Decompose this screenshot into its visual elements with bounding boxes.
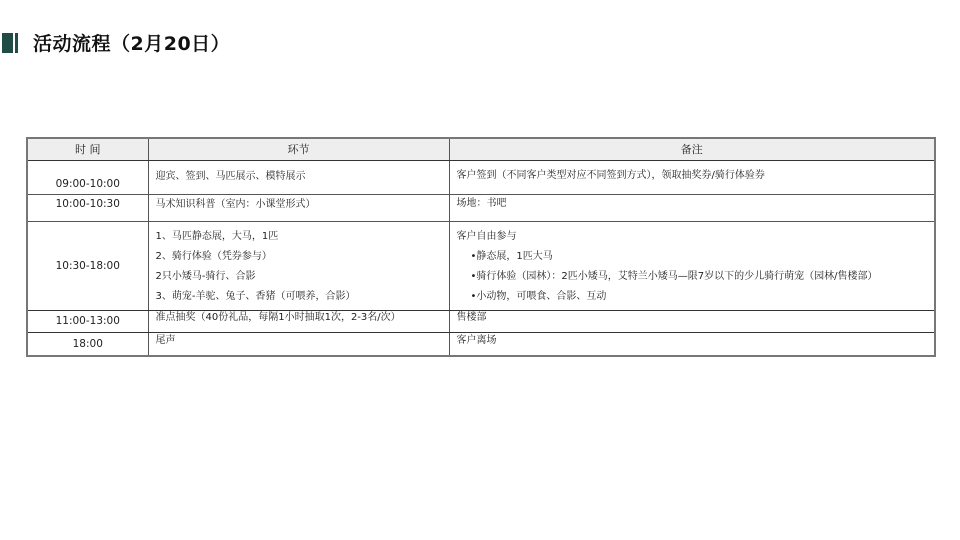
table-row: 10:30-18:00 1、马匹静态展，大马，1匹 2、骑行体验（凭券参与） 2… [27,221,935,310]
column-header-activity: 环节 [148,138,449,160]
time-cell: 11:00-13:00 [27,310,148,332]
activity-line: 准点抽奖（40份礼品，每隔1小时抽取1次，2-3名/次） [156,311,449,331]
activity-cell: 1、马匹静态展，大马，1匹 2、骑行体验（凭券参与） 2只小矮马-骑行、合影 3… [148,221,449,310]
activity-cell: 尾声 [148,332,449,356]
column-header-notes: 备注 [449,138,935,160]
activity-line: 1、马匹静态展，大马，1匹 [156,230,449,250]
table-row: 10:00-10:30 马术知识科普（室内：小课堂形式） 场地：书吧 [27,194,935,221]
time-cell: 10:30-18:00 [27,221,148,310]
note-line: 售楼部 [457,311,935,331]
note-cell: 客户自由参与 •静态展，1匹大马 •骑行体验（园林）：2匹小矮马，艾特兰小矮马—… [449,221,935,310]
note-cell: 客户签到（不同客户类型对应不同签到方式），领取抽奖券/骑行体验券 [449,160,935,194]
note-bullet: •静态展，1匹大马 [457,250,935,270]
activity-line: 迎宾、签到、马匹展示、模特展示 [156,170,449,190]
activity-line: 尾声 [156,334,449,354]
time-cell: 09:00-10:00 [27,160,148,194]
note-heading: 客户自由参与 [457,230,935,250]
activity-line: 3、萌宠-羊驼、兔子、香猪（可喂养，合影） [156,290,449,310]
activity-line: 2只小矮马-骑行、合影 [156,270,449,290]
note-cell: 客户离场 [449,332,935,356]
note-cell: 售楼部 [449,310,935,332]
activity-cell: 马术知识科普（室内：小课堂形式） [148,194,449,221]
title-accent-stripe [15,33,18,53]
table-header-row: 时 间 环节 备注 [27,138,935,160]
activity-cell: 迎宾、签到、马匹展示、模特展示 [148,160,449,194]
activity-line: 马术知识科普（室内：小课堂形式） [156,198,449,218]
table-row: 18:00 尾声 客户离场 [27,332,935,356]
time-cell: 18:00 [27,332,148,356]
schedule-table: 时 间 环节 备注 09:00-10:00 迎宾、签到、马匹展示、模特展示 客户… [26,137,936,357]
note-line: 客户离场 [457,334,935,354]
activity-cell: 准点抽奖（40份礼品，每隔1小时抽取1次，2-3名/次） [148,310,449,332]
note-line: 客户签到（不同客户类型对应不同签到方式），领取抽奖券/骑行体验券 [457,169,935,189]
time-cell: 10:00-10:30 [27,194,148,221]
note-cell: 场地：书吧 [449,194,935,221]
activity-line: 2、骑行体验（凭券参与） [156,250,449,270]
table-row: 11:00-13:00 准点抽奖（40份礼品，每隔1小时抽取1次，2-3名/次）… [27,310,935,332]
column-header-time: 时 间 [27,138,148,160]
page-title: 活动流程（2月20日） [33,29,230,56]
note-bullet: •骑行体验（园林）：2匹小矮马，艾特兰小矮马—限7岁以下的少儿骑行萌宠（园林/售… [457,270,935,290]
table-row: 09:00-10:00 迎宾、签到、马匹展示、模特展示 客户签到（不同客户类型对… [27,160,935,194]
title-accent-bar [2,33,13,53]
note-line: 场地：书吧 [457,197,935,217]
note-bullet: •小动物，可喂食、合影、互动 [457,290,935,310]
